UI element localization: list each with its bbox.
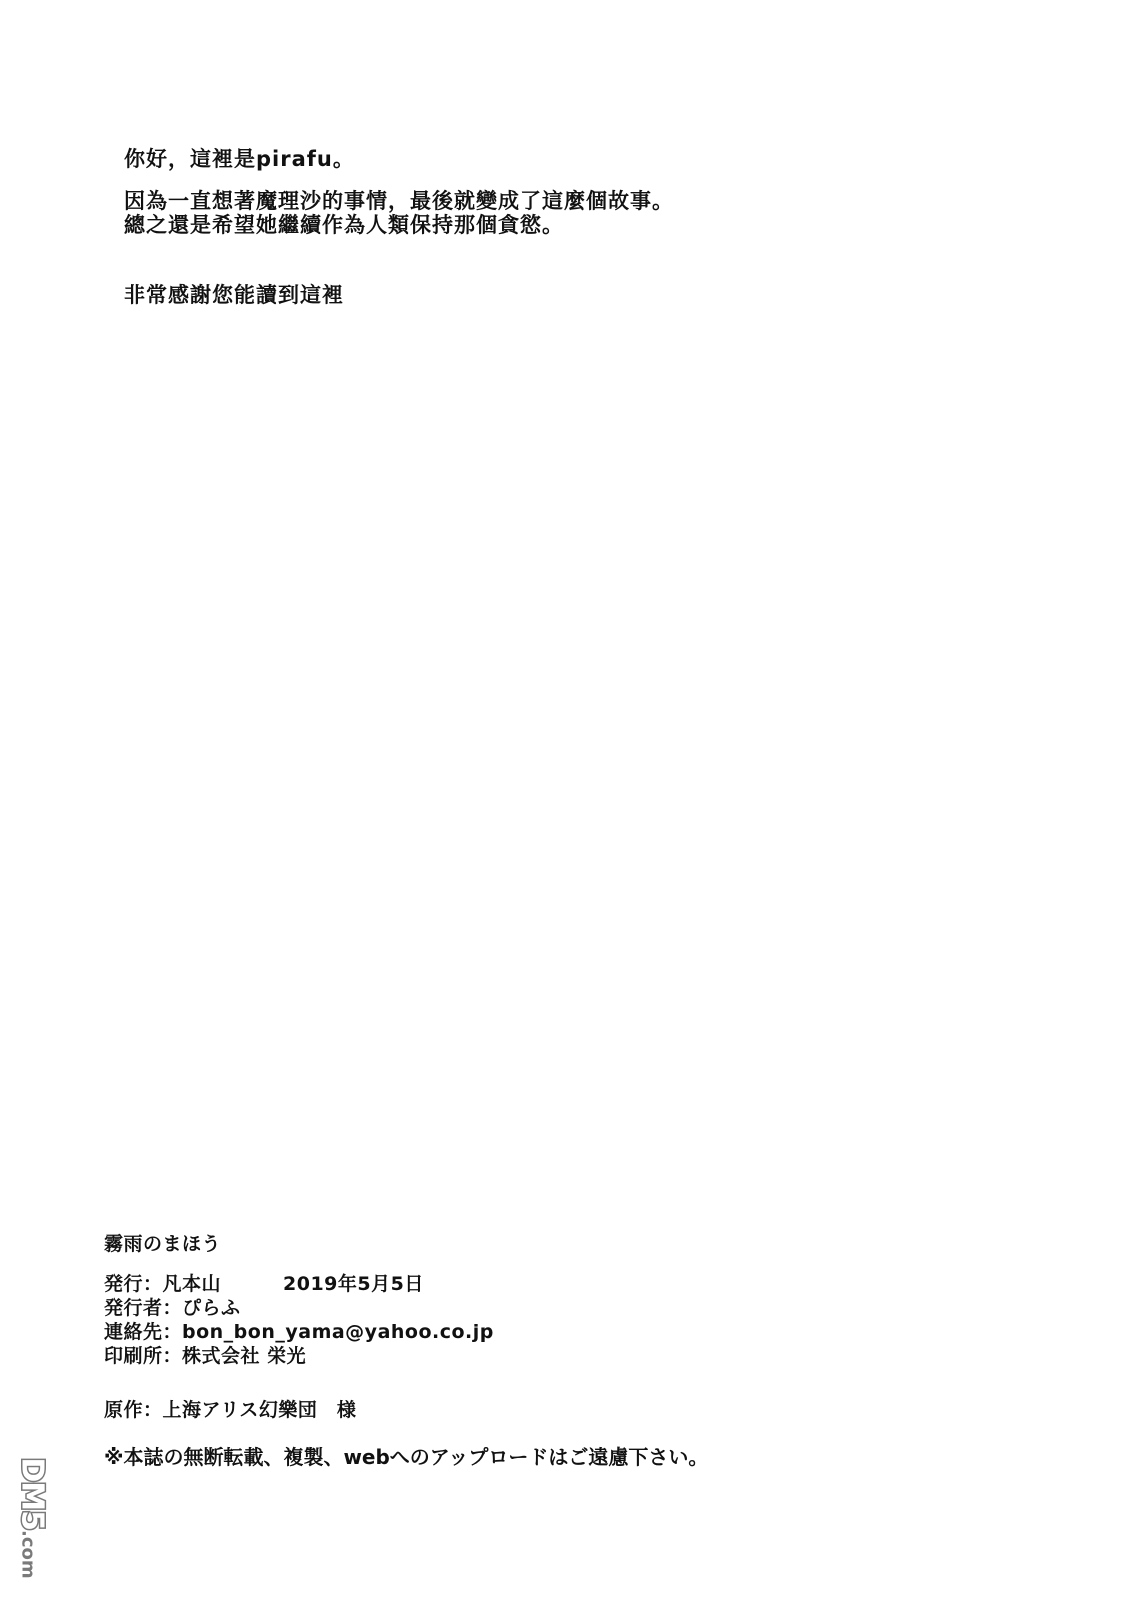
publisher-line: 発行：凡本山2019年5月5日 [104,1272,424,1296]
original-work-line: 原作：上海アリス幻樂団 様 [104,1398,356,1422]
site-watermark: DM5.com [8,1446,56,1590]
contact-line: 連絡先：bon_bon_yama@yahoo.co.jp [104,1320,494,1344]
greeting-text: 你好，這裡是pirafu。 [124,147,355,171]
watermark-logo-icon: DM5.com [15,1457,50,1578]
publisher-label: 発行：凡本山 [104,1273,221,1295]
book-title: 霧雨のまほう [104,1232,221,1256]
printer-line: 印刷所：株式会社 栄光 [104,1344,306,1368]
copyright-notice: ※本誌の無断転載、複製、webへのアップロードはご遠慮下さい。 [104,1445,708,1469]
issuer-line: 発行者：ぴらふ [104,1296,241,1320]
afterword-paragraph-line-2: 總之還是希望她繼續作為人類保持那個貪慾。 [124,213,564,237]
afterword-paragraph-line-1: 因為一直想著魔理沙的事情，最後就變成了這麼個故事。 [124,189,674,213]
publish-date: 2019年5月5日 [283,1273,424,1295]
thanks-text: 非常感謝您能讀到這裡 [124,283,344,307]
